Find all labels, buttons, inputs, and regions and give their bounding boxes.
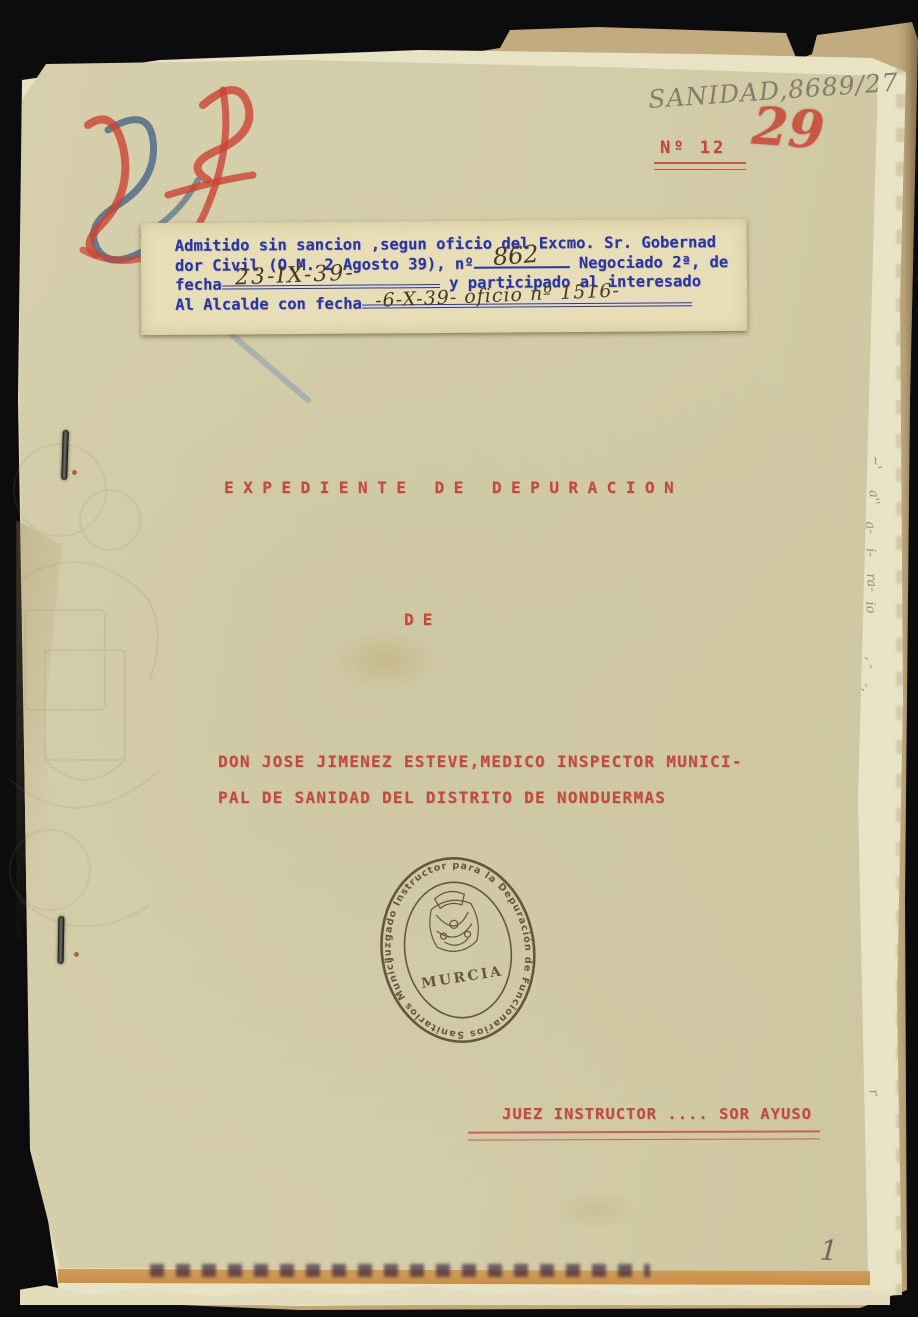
judge-instructor-line: JUEZ INSTRUCTOR .... SOR AYUSO	[502, 1105, 812, 1123]
bleed-through-marks: -,	[859, 683, 874, 692]
slip-typed-text: Admitido sin sancion ,segun oficio del E…	[175, 233, 716, 255]
file-number-underline	[654, 162, 746, 170]
court-stamp: Juzgado Instructor para la Depuración de…	[353, 835, 563, 1066]
stamp-coat-of-arms	[425, 888, 482, 955]
slip-typed-text: fecha	[175, 276, 222, 294]
bleed-through-marks: io	[862, 601, 878, 614]
admission-slip: Admitido sin sancion ,segun oficio del E…	[141, 219, 748, 335]
slip-line-4: Al Alcalde con fecha -6-X-39- oficio nº …	[175, 291, 747, 314]
handwritten-date: 23-IX-39-	[235, 264, 356, 289]
rust-spot	[74, 952, 79, 957]
document-title: EXPEDIENTE DE DEPURACION	[224, 478, 683, 497]
staple	[58, 916, 65, 964]
bottom-ink-smudge	[150, 1264, 650, 1277]
bleed-through-marks: ~'	[867, 454, 884, 471]
slip-typed-text: Negociado 2ª, de	[579, 253, 728, 272]
embossed-watermark	[0, 400, 210, 960]
file-number: Nº 12	[660, 138, 726, 158]
handwritten-number: 862	[492, 244, 539, 267]
bleed-through-marks: , -	[862, 655, 878, 669]
bleed-through-marks: a-	[862, 520, 879, 534]
subject-name-line-1: DON JOSE JIMENEZ ESTEVE,MEDICO INSPECTOR…	[218, 752, 743, 771]
rust-spot	[72, 470, 77, 475]
subject-name-line-2: PAL DE SANIDAD DEL DISTRITO DE NONDUERMA…	[218, 788, 666, 807]
red-crayon-number: 29	[750, 96, 826, 162]
judge-line-underline	[468, 1130, 820, 1140]
bleed-through-marks: i-	[863, 548, 878, 557]
bleed-through-marks: ra-	[863, 573, 880, 593]
page-number: 1	[819, 1234, 839, 1268]
slip-typed-text: Al Alcalde con fecha	[175, 294, 362, 313]
bleed-through-marks: a''	[865, 489, 881, 505]
stamp-center-text: MURCIA	[420, 963, 504, 992]
title-connector: DE	[404, 610, 441, 629]
